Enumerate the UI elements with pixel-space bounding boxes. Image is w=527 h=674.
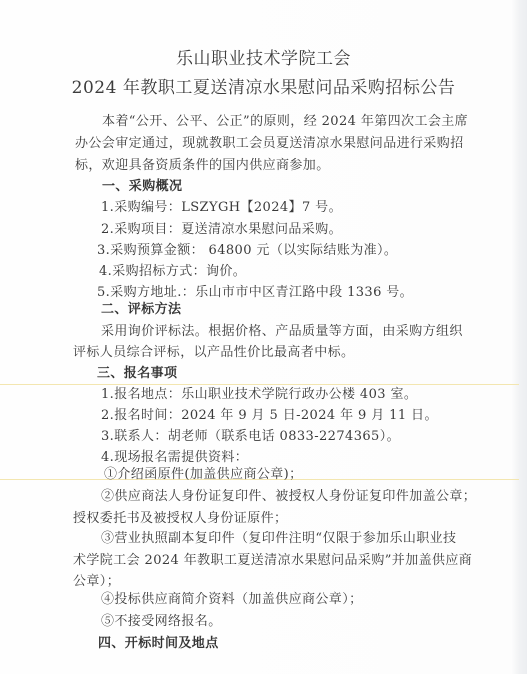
registration-item-location: 1.报名地点：乐山职业技术学院行政办公楼 403 室。 [101, 387, 417, 403]
material-company-profile: ④投标供应商简介资料（加盖供应商公章）； [101, 592, 363, 608]
scanned-document-page: 乐山职业技术学院工会 2024 年教职工夏送清凉水果慰问品采购招标公告 本着“公… [0, 0, 527, 674]
document-title-announcement: 2024 年教职工夏送清凉水果慰问品采购招标公告 [0, 73, 527, 98]
material-business-license: ③营业执照副本复印件（复印件注明“仅限于参加乐山职业技 [101, 531, 456, 547]
material-id-copies: ②供应商法人身份证复印件、被授权人身份证复印件加盖公章； [101, 489, 476, 505]
overview-item-number: 1.采购编号：LSZYGH【2024】7 号。 [101, 200, 342, 216]
intro-line-1: 本着“公开、公平、公正”的原则，经 2024 年第四次工会主席 [102, 114, 468, 130]
material-business-license-cont: 术学院工会 2024 年教职工夏送清凉水果慰问品采购”并加盖供应商 [73, 553, 472, 569]
material-no-online-registration: ⑤不接受网络报名。 [101, 614, 222, 630]
material-intro-letter: ①介绍函原件(加盖供应商公章)； [104, 467, 303, 483]
intro-line-2: 办公会审定通过，现就教职工会员夏送清凉水果慰问品进行采购招 [75, 136, 464, 152]
registration-item-time: 2.报名时间：2024 年 9 月 5 日-2024 年 9 月 11 日。 [101, 408, 438, 424]
overview-item-address: 5.采购方地址.：乐山市市中区青江路中段 1336 号。 [97, 285, 413, 301]
document-title-organization: 乐山职业技术学院工会 [0, 44, 527, 69]
section-heading-procurement-overview: 一、采购概况 [102, 179, 182, 195]
evaluation-line-1: 采用询价评标法。根据价格、产品质量等方面，由采购方组织 [101, 324, 463, 340]
material-business-license-end: 公章）； [73, 574, 120, 590]
scan-artifact-line [0, 384, 519, 385]
material-id-copies-cont: 授权委托书及被授权人身份证原件； [73, 511, 287, 527]
section-heading-registration: 三、报名事项 [97, 366, 177, 382]
overview-item-method: 4.采购招标方式：询价。 [99, 264, 246, 280]
registration-item-materials: 4.现场报名需提供资料： [101, 450, 248, 466]
overview-item-budget: 3.采购预算金额： 64800 元（以实际结账为准）。 [97, 243, 397, 259]
overview-item-project: 2.采购项目：夏送清凉水果慰问品采购。 [101, 222, 342, 238]
evaluation-line-2: 评标人员综合评标，以产品性价比最高者中标。 [73, 345, 354, 361]
section-heading-bid-opening: 四、开标时间及地点 [98, 636, 219, 652]
section-heading-evaluation-method: 二、评标方法 [101, 302, 181, 318]
intro-line-3: 标，欢迎具备资质条件的国内供应商参加。 [75, 158, 330, 174]
registration-item-contact: 3.联系人：胡老师（联系电话 0833-2274365）。 [101, 429, 400, 445]
